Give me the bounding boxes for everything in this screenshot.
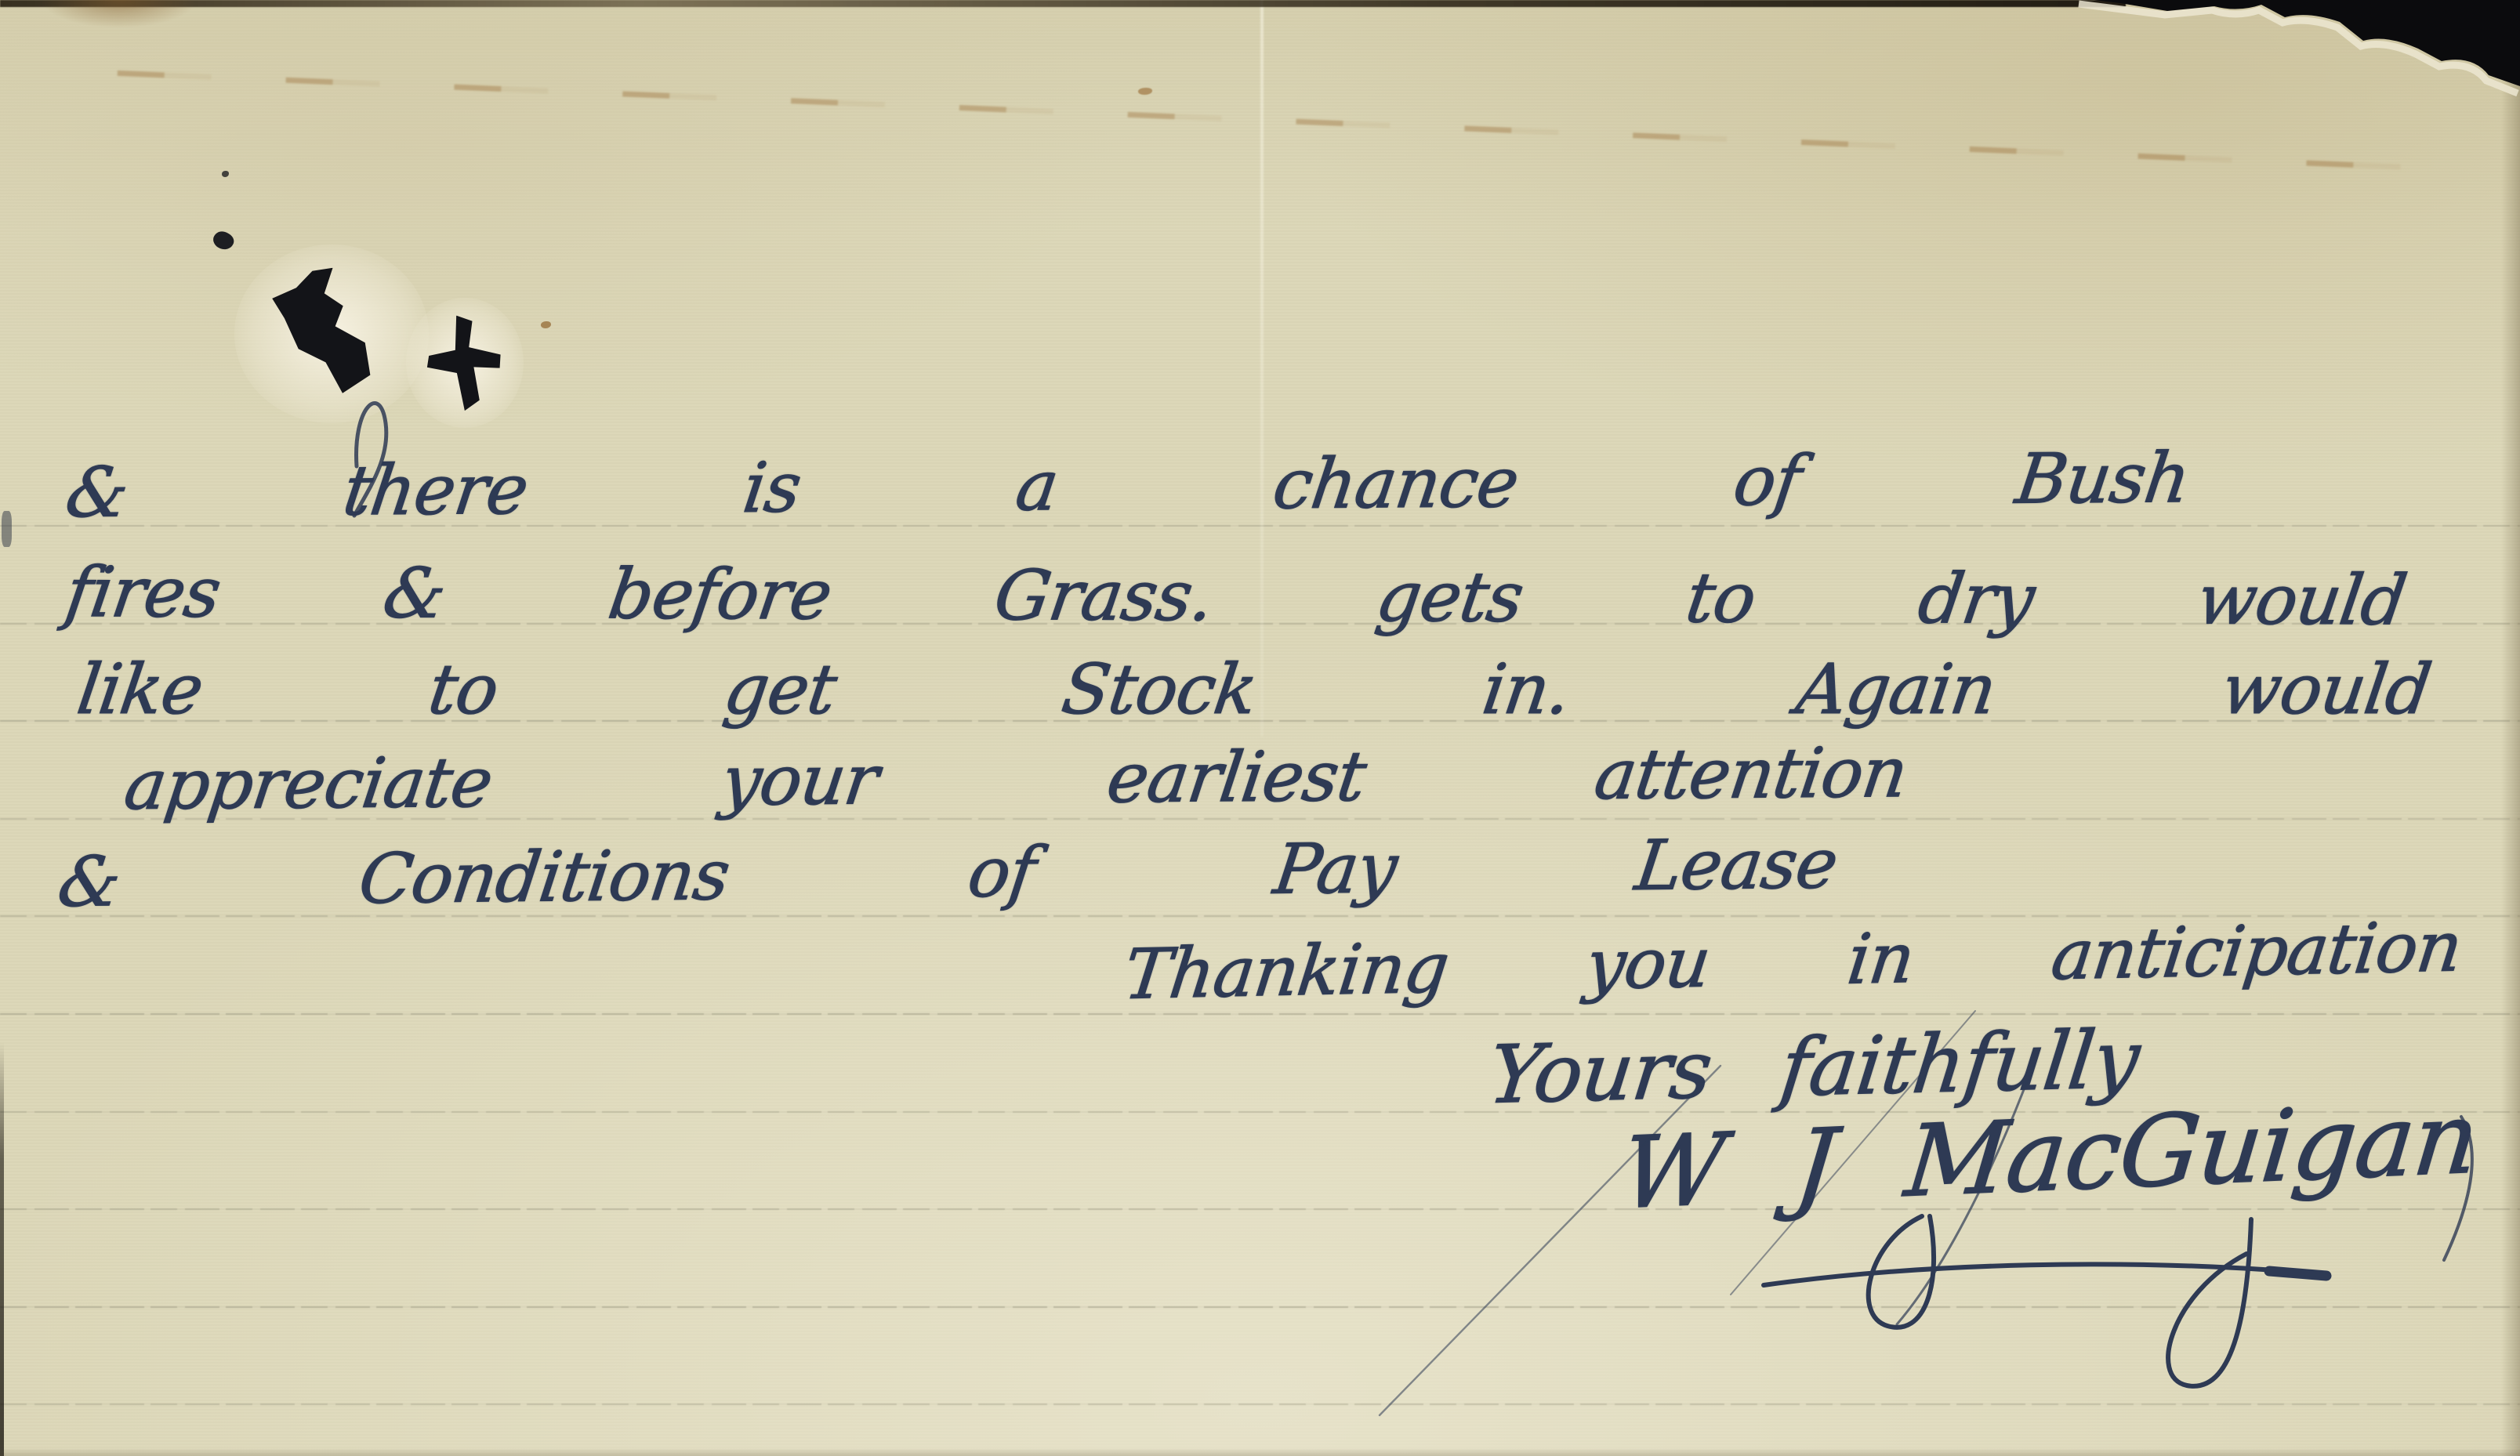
handwritten-word: of [964,838,1039,907]
handwritten-word: Pay [1271,834,1401,904]
handwritten-word: attention [1591,738,1911,809]
ruled-line [0,1403,2520,1405]
handwritten-word: in. [1479,655,1575,724]
handwritten-word: & [379,559,450,628]
handwritten-word: a [1012,451,1061,520]
handwritten-word: to [1682,563,1760,632]
closing-thanks-line: Thankingyouinanticipation [1121,912,2465,1009]
bottom-edge-shadow [0,1448,2520,1456]
handwritten-word: get [720,655,840,724]
handwritten-word: anticipation [2048,912,2465,990]
handwritten-word: Grass. [991,561,1218,631]
edge-mark [2,511,12,547]
handwritten-word: of [1730,447,1804,516]
handwriting-line-2: fires&beforeGrass.getstodrywould [62,558,2410,635]
handwritten-word: Conditions [355,841,733,914]
torn-hole-large [260,268,403,400]
right-edge-shadow [2501,0,2520,1456]
handwritten-word: Again [1793,655,2000,724]
letter-scan: &thereisachanceofBush fires&beforeGrass.… [0,0,2520,1456]
handwritten-word: Lease [1632,829,1841,900]
handwritten-word: earliest [1104,742,1370,813]
ruled-line [0,1306,2520,1308]
handwritten-word: would [2193,565,2410,635]
handwritten-word: dry [1915,564,2039,634]
handwritten-word: gets [1372,563,1528,632]
stain-speck [541,321,551,328]
stain-speck [1138,88,1152,95]
handwritten-word: in [1844,924,1918,994]
handwritten-word: like [74,655,207,724]
paper-sheet: &thereisachanceofBush fires&beforeGrass.… [0,0,2520,1456]
handwritten-word: would [2217,655,2435,724]
handwritten-word: MacGuigan [1902,1089,2482,1212]
torn-hole-small [422,315,508,411]
top-edge-stain [41,0,198,28]
signature-underline [1764,1264,2324,1285]
top-edge-shadow [0,0,2126,7]
handwritten-word: W [1618,1121,1729,1223]
left-edge-shadow [0,1042,4,1456]
handwritten-word: & [62,458,132,527]
paper-tear-speck [210,228,237,253]
handwritten-word: J [1791,1116,1840,1216]
handwritten-word: Bush [2012,444,2193,514]
handwritten-word: to [425,655,502,724]
handwritten-word: you [1583,928,1713,999]
ink-speck [222,171,229,177]
signature-underline-end [2269,1271,2326,1276]
handwritten-word: your [718,745,882,815]
handwritten-word: before [604,560,836,629]
handwriting-line-3: liketogetStockin.Againwould [74,655,2435,724]
flourish-descender-loop [2168,1219,2251,1386]
handwritten-word: Thanking [1121,933,1452,1009]
handwriting-line-5: &ConditionsofPayLease [54,829,1841,917]
handwritten-word: appreciate [121,748,496,820]
handwritten-word: Stock [1058,655,1261,724]
flourish-loop [1869,1216,1934,1327]
handwritten-word: is [739,453,804,522]
handwriting-line-4: appreciateyourearliestattention [121,738,1911,820]
torn-corner [2050,0,2520,110]
handwritten-word: fires [62,558,225,628]
handwritten-word: & [54,847,124,917]
handwriting-line-1: &thereisachanceofBush [62,444,2193,527]
handwritten-word: there [339,455,531,526]
handwritten-word: chance [1270,448,1523,519]
